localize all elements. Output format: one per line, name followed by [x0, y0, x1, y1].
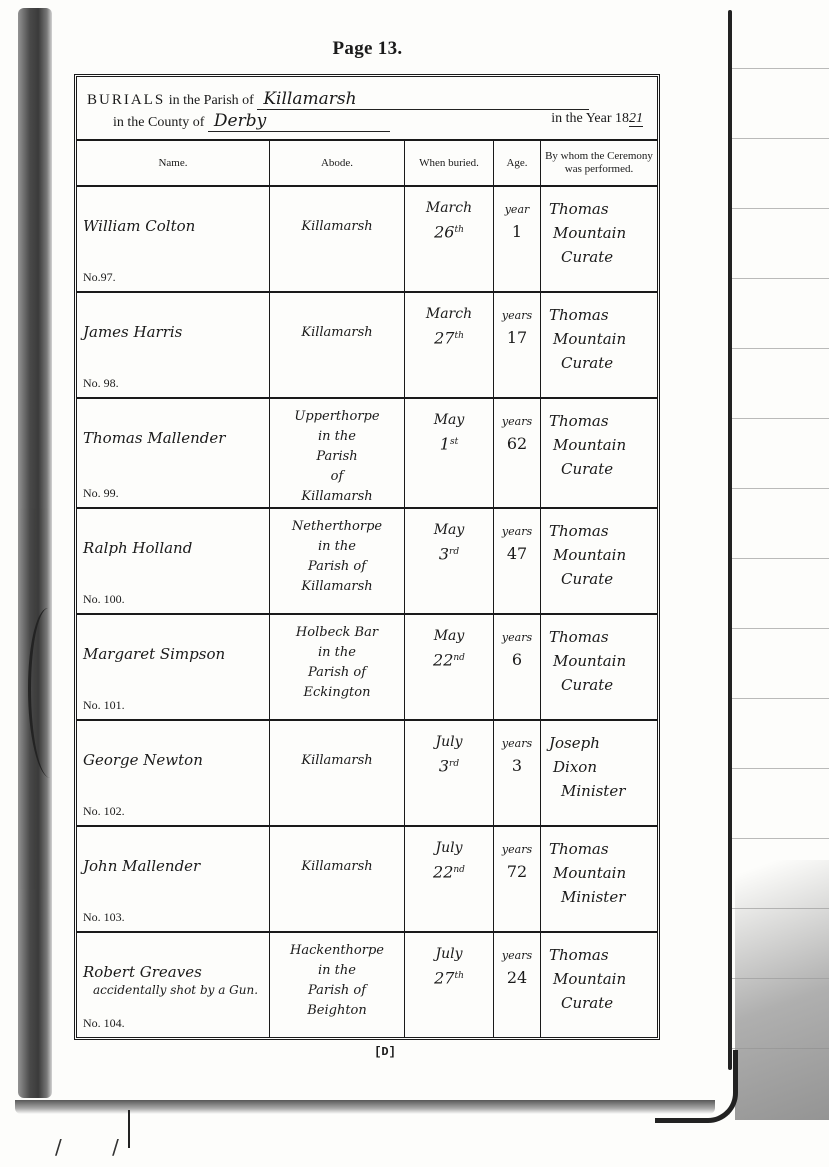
burial-register: BURIALS in the Parish of Killamarsh in t… [74, 74, 660, 1040]
deceased-name: Margaret Simpson [83, 645, 225, 663]
abode-cell: Netherthorpein theParish ofKillamarsh [270, 508, 405, 614]
abode-cell: Killamarsh [270, 292, 405, 398]
officiant-line: Mountain [549, 433, 657, 457]
when-buried-cell: May 3rd [405, 508, 494, 614]
officiant-value: ThomasMountainCurate [541, 933, 657, 1015]
officiant-value: ThomasMountainCurate [541, 615, 657, 697]
burial-month: May [405, 519, 493, 541]
abode-line: Killamarsh [270, 217, 404, 237]
abode-value: Netherthorpein theParish ofKillamarsh [270, 509, 404, 597]
age-unit: years [494, 627, 540, 649]
age-unit: years [494, 733, 540, 755]
col-age: Age. [494, 141, 541, 186]
abode-line: Killamarsh [270, 487, 404, 507]
burial-month: May [405, 409, 493, 431]
entry-number: No. 98. [83, 376, 119, 391]
officiant-line: Curate [549, 351, 657, 375]
heading-burials: BURIALS [87, 92, 165, 108]
burial-month: May [405, 625, 493, 647]
abode-cell: Upperthorpein theParishofKillamarsh [270, 398, 405, 508]
age-number: 24 [494, 967, 540, 989]
burial-day-suffix: rd [449, 759, 459, 769]
abode-line: in the [270, 643, 404, 663]
officiant-line: Curate [549, 245, 657, 269]
burial-day-suffix: th [454, 331, 463, 341]
signature-mark: [D] [0, 1045, 770, 1059]
officiant-line: Mountain [549, 327, 657, 351]
abode-line: in the [270, 537, 404, 557]
age-cell: years 3 [494, 720, 541, 826]
abode-value: Upperthorpein theParishofKillamarsh [270, 399, 404, 507]
age-unit: years [494, 945, 540, 967]
age-cell: year 1 [494, 186, 541, 292]
age-unit: years [494, 411, 540, 433]
officiant-value: JosephDixonMinister [541, 721, 657, 803]
entry-number: No.97. [83, 270, 116, 285]
officiant-line: Mountain [549, 649, 657, 673]
burial-day-suffix: st [450, 437, 458, 447]
entry-note: accidentally shot by a Gun. [93, 983, 258, 997]
burial-date: March 27th [405, 293, 493, 351]
officiant-line: Minister [549, 779, 657, 803]
entry-number: No. 101. [83, 698, 125, 713]
header-row: Name. Abode. When buried. Age. By whom t… [77, 141, 657, 186]
age-cell: years 24 [494, 932, 541, 1037]
year-value: 21 [629, 111, 643, 127]
officiant-line: Dixon [549, 755, 657, 779]
officiant-cell: ThomasMountainCurate [541, 398, 658, 508]
heading-line-parish: BURIALS in the Parish of Killamarsh [87, 89, 589, 110]
abode-line: Killamarsh [270, 323, 404, 343]
officiant-cell: JosephDixonMinister [541, 720, 658, 826]
margin-marks: / / [55, 1135, 141, 1159]
deceased-name: John Mallender [83, 857, 200, 875]
officiant-value: ThomasMountainCurate [541, 399, 657, 481]
when-buried-cell: May 1st [405, 398, 494, 508]
col-name: Name. [77, 141, 270, 186]
when-buried-cell: May 22nd [405, 614, 494, 720]
name-cell: John Mallender No. 103. [77, 826, 270, 932]
officiant-value: ThomasMountainCurate [541, 509, 657, 591]
name-cell: William Colton No.97. [77, 186, 270, 292]
abode-line: Killamarsh [270, 751, 404, 771]
heading-line-county: in the County of Derby [113, 111, 390, 132]
age-number: 72 [494, 861, 540, 883]
abode-line: Parish [270, 447, 404, 467]
abode-value: Killamarsh [270, 293, 404, 343]
burial-table: Name. Abode. When buried. Age. By whom t… [77, 141, 657, 1037]
abode-cell: Hackenthorpein theParish ofBeighton [270, 932, 405, 1037]
burial-month: July [405, 943, 493, 965]
book-binding-shadow [18, 8, 52, 1098]
deceased-name: Ralph Holland [83, 539, 192, 557]
age-value: years 3 [494, 721, 540, 777]
register-heading: BURIALS in the Parish of Killamarsh in t… [77, 77, 657, 141]
abode-value: Killamarsh [270, 827, 404, 877]
officiant-cell: ThomasMountainCurate [541, 292, 658, 398]
abode-line: Eckington [270, 683, 404, 703]
officiant-line: Thomas [549, 519, 657, 543]
binding-crease [28, 603, 71, 782]
abode-line: Holbeck Bar [270, 623, 404, 643]
parish-label: in the Parish of [169, 93, 254, 108]
when-buried-cell: July 27th [405, 932, 494, 1037]
abode-value: Holbeck Barin theParish ofEckington [270, 615, 404, 703]
name-cell: Robert Greaves accidentally shot by a Gu… [77, 932, 270, 1037]
abode-line: of [270, 467, 404, 487]
burial-day: 1 [440, 435, 450, 454]
abode-line: Killamarsh [270, 577, 404, 597]
officiant-line: Thomas [549, 409, 657, 433]
abode-value: Killamarsh [270, 721, 404, 771]
abode-line: Parish of [270, 557, 404, 577]
name-cell: James Harris No. 98. [77, 292, 270, 398]
when-buried-cell: March 26th [405, 186, 494, 292]
abode-line: Killamarsh [270, 857, 404, 877]
officiant-line: Mountain [549, 861, 657, 885]
burial-day-suffix: nd [453, 865, 465, 875]
officiant-value: ThomasMountainMinister [541, 827, 657, 909]
age-number: 47 [494, 543, 540, 565]
page-edge [728, 10, 732, 1070]
page-bottom-edge [15, 1100, 715, 1114]
officiant-cell: ThomasMountainCurate [541, 932, 658, 1037]
officiant-line: Thomas [549, 625, 657, 649]
burial-day: 27 [434, 969, 454, 988]
burial-entry: George Newton No. 102. Killamarsh July 3… [77, 720, 657, 826]
burial-day: 22 [433, 863, 453, 882]
burial-entry: Robert Greaves accidentally shot by a Gu… [77, 932, 657, 1037]
age-number: 1 [494, 221, 540, 243]
age-unit: years [494, 839, 540, 861]
burial-day: 22 [433, 651, 453, 670]
page-title: Page 13. [0, 38, 735, 60]
burial-date: May 1st [405, 399, 493, 457]
officiant-cell: ThomasMountainCurate [541, 508, 658, 614]
burial-day-suffix: nd [453, 653, 465, 663]
age-unit: years [494, 305, 540, 327]
burial-month: March [405, 197, 493, 219]
burial-date: July 27th [405, 933, 493, 991]
age-value: years 62 [494, 399, 540, 455]
age-value: year 1 [494, 187, 540, 243]
age-value: years 6 [494, 615, 540, 671]
abode-line: Parish of [270, 663, 404, 683]
abode-cell: Holbeck Barin theParish ofEckington [270, 614, 405, 720]
col-when-buried: When buried. [405, 141, 494, 186]
abode-value: Hackenthorpein theParish ofBeighton [270, 933, 404, 1021]
abode-line: Parish of [270, 981, 404, 1001]
burial-month: July [405, 731, 493, 753]
year-field: in the Year 1821 [551, 111, 643, 127]
deceased-name: Robert Greaves [83, 963, 202, 981]
age-value: years 24 [494, 933, 540, 989]
burial-day: 3 [439, 757, 449, 776]
entry-number: No. 102. [83, 804, 125, 819]
officiant-line: Minister [549, 885, 657, 909]
deceased-name: James Harris [83, 323, 182, 341]
burial-date: March 26th [405, 187, 493, 245]
age-value: years 72 [494, 827, 540, 883]
burial-date: July 22nd [405, 827, 493, 885]
abode-cell: Killamarsh [270, 720, 405, 826]
officiant-line: Curate [549, 567, 657, 591]
year-label: in the Year 18 [551, 111, 629, 126]
officiant-value: ThomasMountainCurate [541, 293, 657, 375]
age-cell: years 62 [494, 398, 541, 508]
when-buried-cell: July 22nd [405, 826, 494, 932]
officiant-line: Mountain [549, 967, 657, 991]
officiant-line: Thomas [549, 837, 657, 861]
burial-entry: John Mallender No. 103. Killamarsh July … [77, 826, 657, 932]
age-value: years 47 [494, 509, 540, 565]
officiant-line: Thomas [549, 197, 657, 221]
entry-number: No. 103. [83, 910, 125, 925]
name-cell: Ralph Holland No. 100. [77, 508, 270, 614]
abode-line: in the [270, 961, 404, 981]
officiant-line: Thomas [549, 943, 657, 967]
officiant-line: Curate [549, 673, 657, 697]
age-cell: years 72 [494, 826, 541, 932]
burial-date: May 22nd [405, 615, 493, 673]
abode-cell: Killamarsh [270, 186, 405, 292]
burial-entry: James Harris No. 98. Killamarsh March 27… [77, 292, 657, 398]
abode-line: Netherthorpe [270, 517, 404, 537]
age-number: 17 [494, 327, 540, 349]
burial-entry: Ralph Holland No. 100. Netherthorpein th… [77, 508, 657, 614]
age-cell: years 6 [494, 614, 541, 720]
officiant-line: Mountain [549, 221, 657, 245]
name-cell: George Newton No. 102. [77, 720, 270, 826]
scan-shadow [735, 860, 829, 1120]
burial-day: 26 [434, 223, 454, 242]
deceased-name: George Newton [83, 751, 203, 769]
officiant-cell: ThomasMountainCurate [541, 614, 658, 720]
abode-line: Hackenthorpe [270, 941, 404, 961]
burial-entry: Thomas Mallender No. 99. Upperthorpein t… [77, 398, 657, 508]
when-buried-cell: March 27th [405, 292, 494, 398]
burial-day: 27 [434, 329, 454, 348]
officiant-cell: ThomasMountainMinister [541, 826, 658, 932]
burial-date: July 3rd [405, 721, 493, 779]
abode-line: Beighton [270, 1001, 404, 1021]
burial-day-suffix: th [454, 225, 463, 235]
age-value: years 17 [494, 293, 540, 349]
burial-month: March [405, 303, 493, 325]
parish-value: Killamarsh [257, 89, 589, 110]
county-value: Derby [208, 111, 390, 132]
burial-day-suffix: th [454, 971, 463, 981]
entry-number: No. 104. [83, 1016, 125, 1031]
col-abode: Abode. [270, 141, 405, 186]
officiant-line: Thomas [549, 303, 657, 327]
burial-day-suffix: rd [449, 547, 459, 557]
age-cell: years 17 [494, 292, 541, 398]
burial-month: July [405, 837, 493, 859]
burial-date: May 3rd [405, 509, 493, 567]
deceased-name: Thomas Mallender [83, 429, 225, 447]
when-buried-cell: July 3rd [405, 720, 494, 826]
entry-number: No. 99. [83, 486, 119, 501]
officiant-cell: ThomasMountainCurate [541, 186, 658, 292]
officiant-value: ThomasMountainCurate [541, 187, 657, 269]
burial-day: 3 [439, 545, 449, 564]
age-cell: years 47 [494, 508, 541, 614]
officiant-line: Curate [549, 457, 657, 481]
officiant-line: Joseph [549, 731, 657, 755]
name-cell: Margaret Simpson No. 101. [77, 614, 270, 720]
abode-cell: Killamarsh [270, 826, 405, 932]
abode-line: Upperthorpe [270, 407, 404, 427]
burial-entry: Margaret Simpson No. 101. Holbeck Barin … [77, 614, 657, 720]
officiant-line: Curate [549, 991, 657, 1015]
age-unit: year [494, 199, 540, 221]
officiant-line: Mountain [549, 543, 657, 567]
entry-number: No. 100. [83, 592, 125, 607]
col-officiant: By whom the Ceremony was performed. [541, 141, 658, 186]
age-number: 62 [494, 433, 540, 455]
abode-line: in the [270, 427, 404, 447]
age-number: 3 [494, 755, 540, 777]
county-label: in the County of [113, 115, 204, 130]
age-number: 6 [494, 649, 540, 671]
age-unit: years [494, 521, 540, 543]
name-cell: Thomas Mallender No. 99. [77, 398, 270, 508]
deceased-name: William Colton [83, 217, 195, 235]
abode-value: Killamarsh [270, 187, 404, 237]
burial-entry: William Colton No.97. Killamarsh March 2… [77, 186, 657, 292]
